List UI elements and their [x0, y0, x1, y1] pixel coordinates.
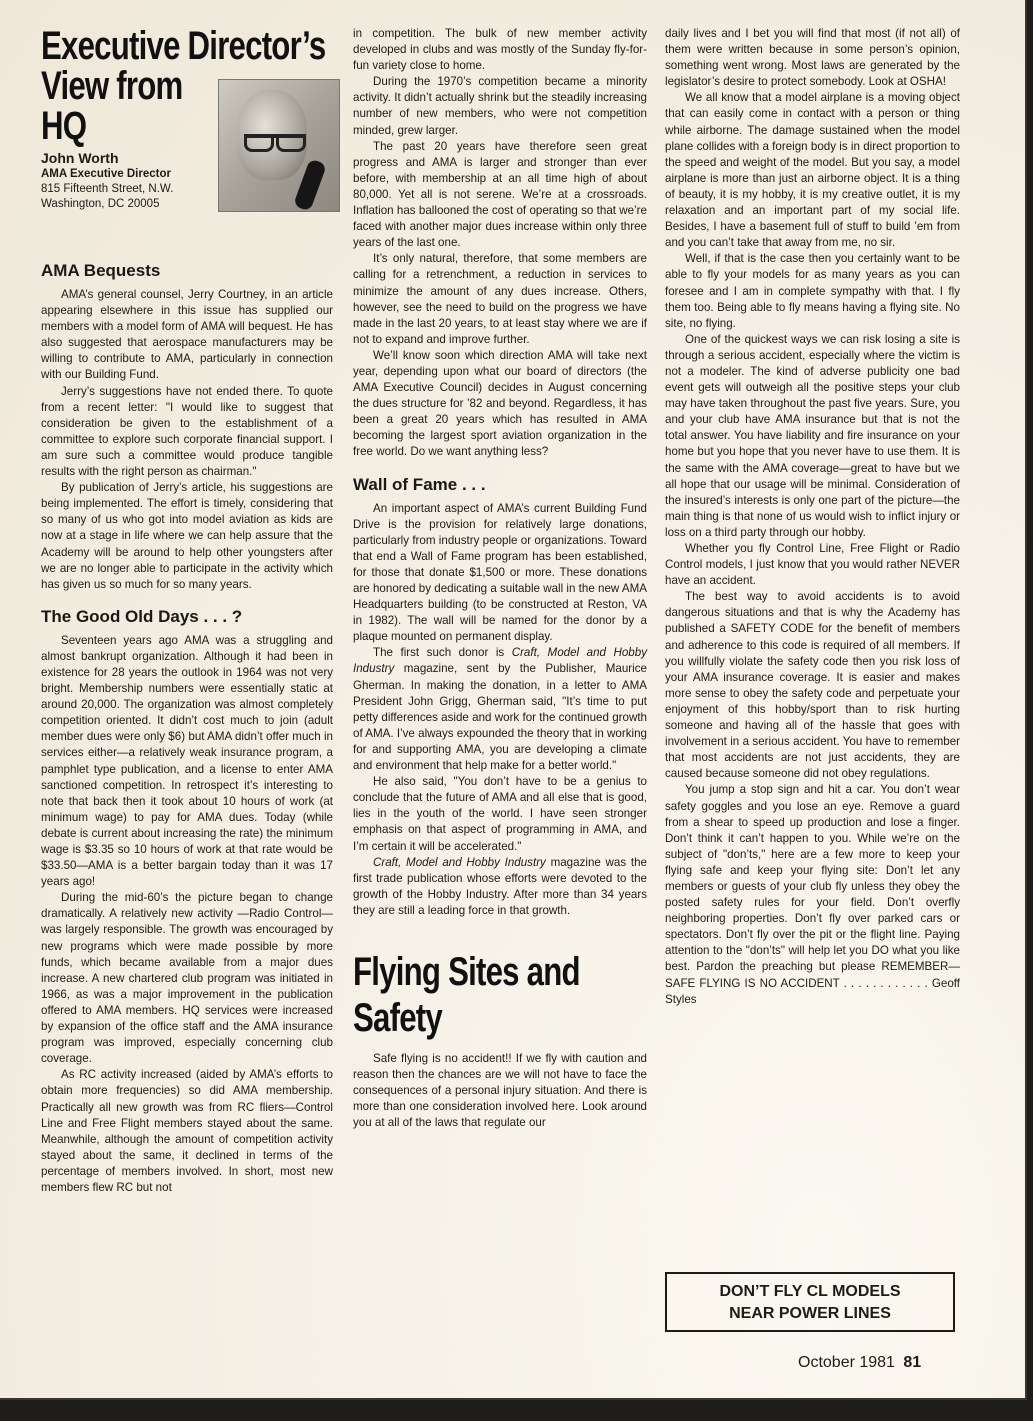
paragraph: The past 20 years have therefore seen gr…	[353, 139, 647, 252]
page-footer: October 1981 81	[798, 1354, 921, 1372]
paragraph: One of the quickest ways we can risk los…	[665, 332, 960, 541]
paragraph: You jump a stop sign and hit a car. You …	[665, 782, 960, 1007]
notice-line-1: DON’T FLY CL MODELS	[667, 1281, 953, 1303]
paragraph: daily lives and I bet you will find that…	[665, 26, 960, 90]
author-role: AMA Executive Director	[41, 167, 173, 182]
paragraph: Well, if that is the case then you certa…	[665, 251, 960, 331]
paragraph: During the mid-60’s the picture began to…	[41, 890, 333, 1067]
paragraph: The best way to avoid accidents is to av…	[665, 589, 960, 782]
section-heading-good-old-days: The Good Old Days . . . ?	[41, 607, 333, 627]
author-name: John Worth	[41, 150, 173, 167]
section-heading-bequests: AMA Bequests	[41, 261, 333, 281]
page-number: 81	[903, 1354, 921, 1371]
paragraph: Jerry’s suggestions have not ended there…	[41, 384, 333, 481]
section-heading-wall-of-fame: Wall of Fame . . .	[353, 475, 647, 495]
magazine-page: Executive Director’s View from HQ John W…	[0, 0, 1027, 1400]
address-line-2: Washington, DC 20005	[41, 197, 173, 212]
publication-name: Craft, Model and Hobby Industry	[373, 856, 546, 869]
author-photo	[218, 79, 340, 212]
byline: John Worth AMA Executive Director 815 Fi…	[41, 150, 173, 212]
notice-line-2: NEAR POWER LINES	[667, 1303, 953, 1325]
column-3: daily lives and I bet you will find that…	[665, 26, 960, 1008]
paragraph: in competition. The bulk of new member a…	[353, 26, 647, 74]
article-header: Executive Director’s View from HQ John W…	[41, 26, 333, 251]
paragraph: It’s only natural, therefore, that some …	[353, 251, 647, 348]
flying-sites-title: Flying Sites and Safety	[353, 949, 649, 1041]
issue-date: October 1981	[798, 1354, 895, 1371]
paragraph: We all know that a model airplane is a m…	[665, 90, 960, 251]
paragraph: Whether you fly Control Line, Free Fligh…	[665, 541, 960, 589]
paragraph: Seventeen years ago AMA was a struggling…	[41, 633, 333, 891]
glasses-shape	[244, 134, 306, 152]
paragraph: An important aspect of AMA’s current Bui…	[353, 501, 647, 646]
column-2: in competition. The bulk of new member a…	[353, 26, 647, 1131]
paragraph: Safe flying is no accident!! If we fly w…	[353, 1051, 647, 1131]
paragraph: He also said, "You don’t have to be a ge…	[353, 774, 647, 854]
paragraph: By publication of Jerry’s article, his s…	[41, 480, 333, 593]
paragraph: We’ll know soon which direction AMA will…	[353, 348, 647, 461]
safety-notice-box: DON’T FLY CL MODELS NEAR POWER LINES	[665, 1272, 955, 1332]
paragraph: Craft, Model and Hobby Industry magazine…	[353, 855, 647, 919]
paragraph: During the 1970’s competition became a m…	[353, 74, 647, 138]
column-1: Executive Director’s View from HQ John W…	[41, 26, 333, 1196]
address-line-1: 815 Fifteenth Street, N.W.	[41, 182, 173, 197]
paragraph: AMA’s general counsel, Jerry Courtney, i…	[41, 287, 333, 384]
paragraph: The first such donor is Craft, Model and…	[353, 645, 647, 774]
paragraph: As RC activity increased (aided by AMA’s…	[41, 1067, 333, 1196]
